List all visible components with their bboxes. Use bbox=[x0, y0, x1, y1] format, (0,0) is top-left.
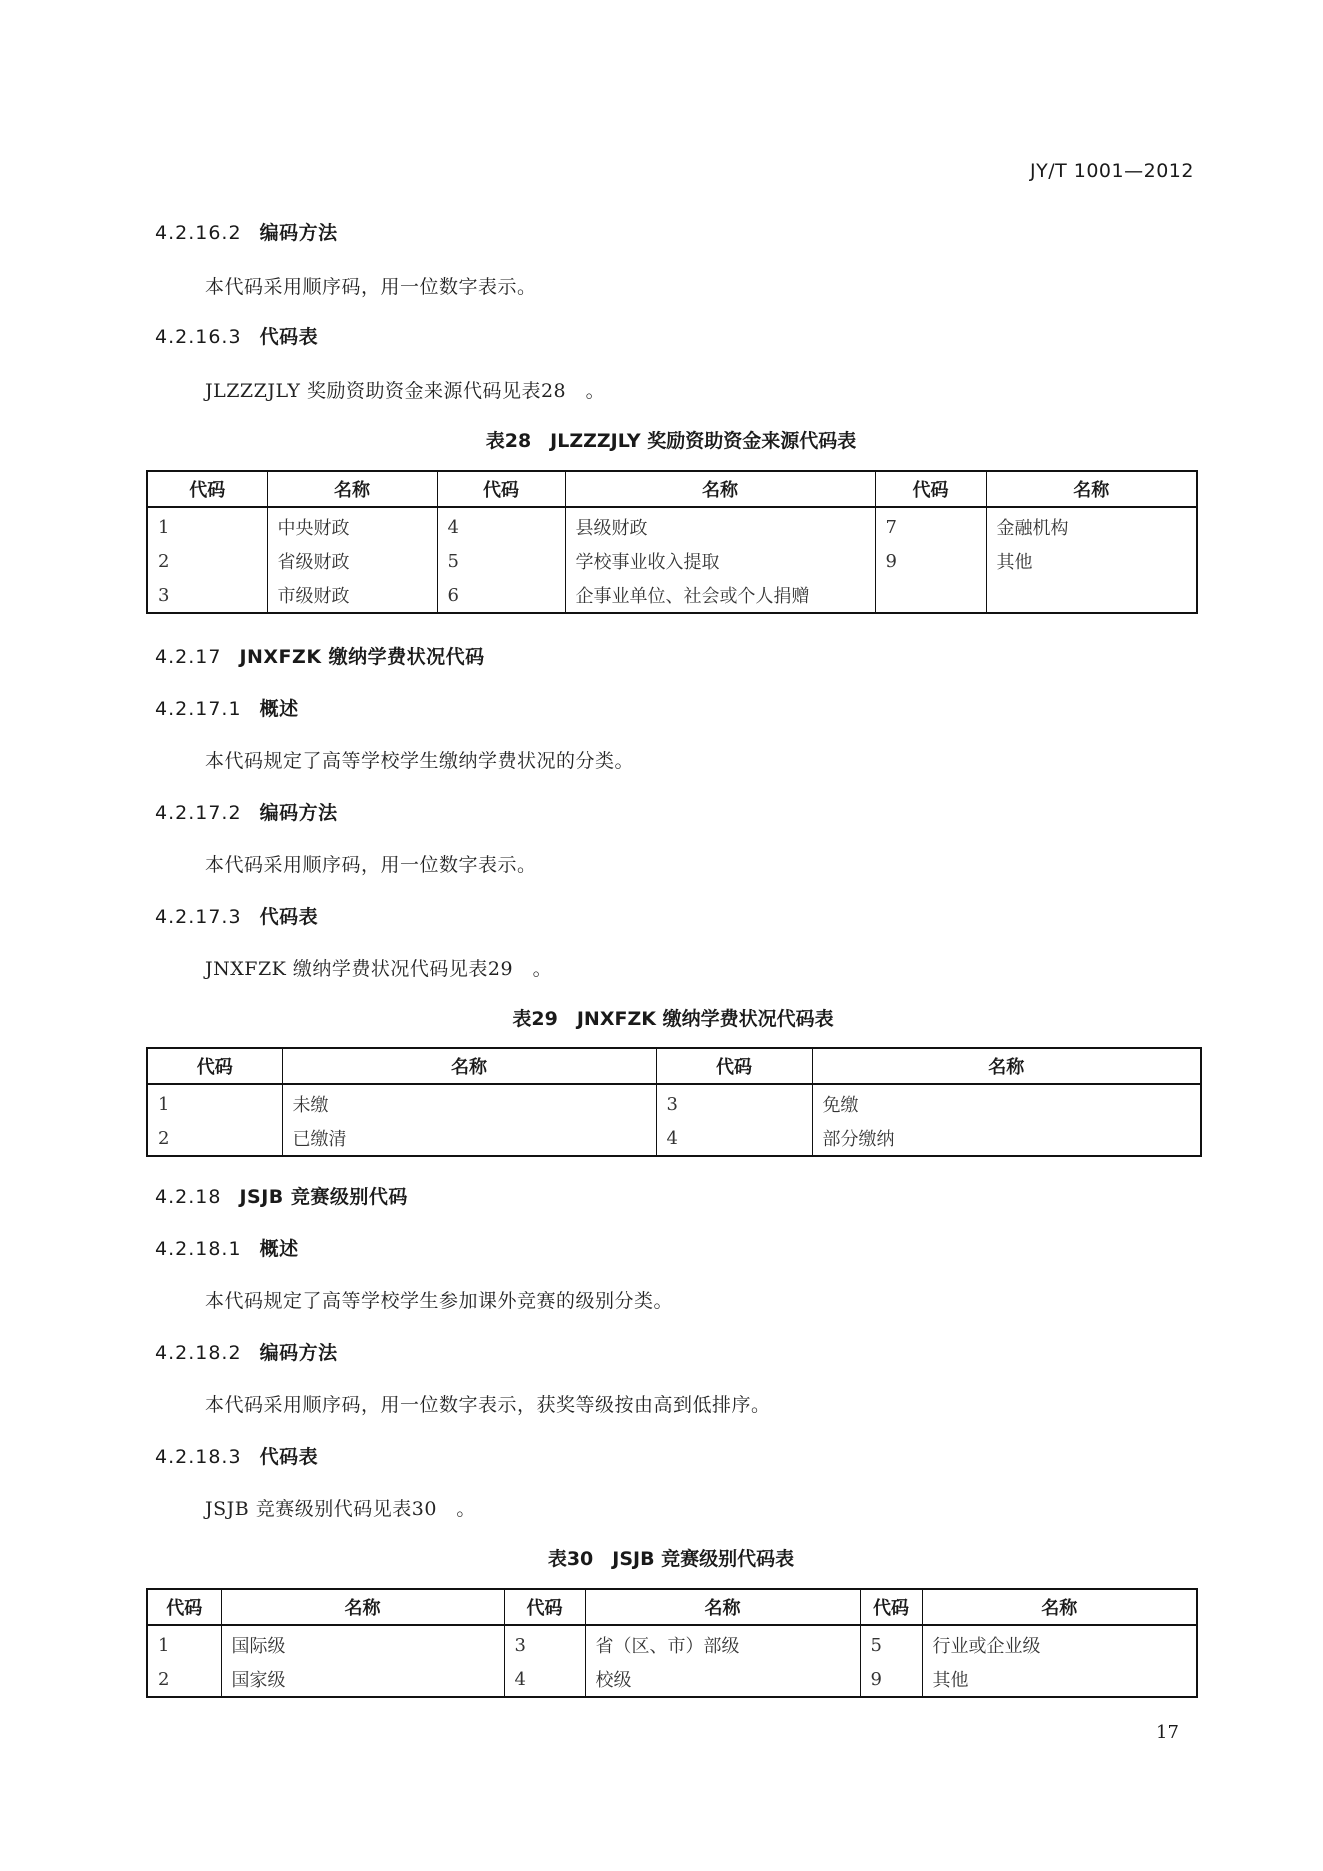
table-row: 1 未缴 3 免缴 bbox=[147, 1084, 1201, 1121]
column-header: 名称 bbox=[585, 1589, 860, 1625]
name-cell: 企事业单位、社会或个人捐赠 bbox=[565, 578, 875, 613]
column-header: 名称 bbox=[282, 1048, 656, 1084]
code-cell: 4 bbox=[437, 507, 565, 544]
section-title: JSJB 竞赛级别代码 bbox=[239, 1186, 407, 1208]
paragraph: JNXFZK 缴纳学费状况代码见表29 。 bbox=[205, 954, 552, 981]
section-heading: 4.2.16.2编码方法 bbox=[155, 218, 338, 245]
section-heading: 4.2.17.3代码表 bbox=[155, 902, 318, 929]
table-header-row: 代码 名称 代码 名称 代码 名称 bbox=[147, 471, 1197, 507]
section-number: 4.2.18.1 bbox=[155, 1238, 242, 1260]
code-cell: 5 bbox=[860, 1625, 922, 1662]
section-number: 4.2.17.3 bbox=[155, 906, 242, 928]
table-row: 2 国家级 4 校级 9 其他 bbox=[147, 1662, 1197, 1697]
section-number: 4.2.18 bbox=[155, 1186, 221, 1208]
table-caption: 表29 JNXFZK 缴纳学费状况代码表 bbox=[146, 1004, 1200, 1031]
name-cell: 金融机构 bbox=[986, 507, 1197, 544]
table-header-row: 代码 名称 代码 名称 代码 名称 bbox=[147, 1589, 1197, 1625]
column-header: 代码 bbox=[875, 471, 986, 507]
standard-code: JY/T 1001—2012 bbox=[1030, 160, 1194, 182]
code-cell: 1 bbox=[147, 507, 267, 544]
name-cell: 省级财政 bbox=[267, 544, 437, 578]
code-cell: 5 bbox=[437, 544, 565, 578]
name-cell: 县级财政 bbox=[565, 507, 875, 544]
column-header: 代码 bbox=[860, 1589, 922, 1625]
table-row: 1 国际级 3 省（区、市）部级 5 行业或企业级 bbox=[147, 1625, 1197, 1662]
name-cell: 其他 bbox=[986, 544, 1197, 578]
code-table-30: 代码 名称 代码 名称 代码 名称 1 国际级 3 省（区、市）部级 5 行业或… bbox=[146, 1588, 1198, 1698]
section-number: 4.2.18.3 bbox=[155, 1446, 242, 1468]
name-cell: 免缴 bbox=[812, 1084, 1201, 1121]
column-header: 名称 bbox=[267, 471, 437, 507]
section-title: 代码表 bbox=[260, 1446, 319, 1468]
name-cell: 国家级 bbox=[221, 1662, 504, 1697]
column-header: 名称 bbox=[986, 471, 1197, 507]
table-row: 2 省级财政 5 学校事业收入提取 9 其他 bbox=[147, 544, 1197, 578]
section-title: 编码方法 bbox=[260, 802, 338, 824]
section-title: 编码方法 bbox=[260, 222, 338, 244]
column-header: 名称 bbox=[922, 1589, 1197, 1625]
column-header: 代码 bbox=[437, 471, 565, 507]
name-cell bbox=[986, 578, 1197, 613]
paragraph: 本代码规定了高等学校学生参加课外竞赛的级别分类。 bbox=[205, 1286, 673, 1313]
section-title: 概述 bbox=[260, 698, 299, 720]
column-header: 名称 bbox=[565, 471, 875, 507]
code-cell: 4 bbox=[504, 1662, 585, 1697]
section-heading: 4.2.18.3代码表 bbox=[155, 1442, 318, 1469]
name-cell: 国际级 bbox=[221, 1625, 504, 1662]
paragraph: 本代码采用顺序码，用一位数字表示。 bbox=[205, 272, 537, 299]
section-heading: 4.2.18JSJB 竞赛级别代码 bbox=[155, 1182, 408, 1209]
name-cell: 其他 bbox=[922, 1662, 1197, 1697]
code-cell: 3 bbox=[504, 1625, 585, 1662]
table-row: 3 市级财政 6 企事业单位、社会或个人捐赠 bbox=[147, 578, 1197, 613]
table-row: 2 已缴清 4 部分缴纳 bbox=[147, 1121, 1201, 1156]
name-cell: 已缴清 bbox=[282, 1121, 656, 1156]
section-title: JNXFZK 缴纳学费状况代码 bbox=[239, 646, 484, 668]
code-cell: 2 bbox=[147, 1121, 282, 1156]
section-title: 概述 bbox=[260, 1238, 299, 1260]
section-heading: 4.2.18.2编码方法 bbox=[155, 1338, 338, 1365]
section-number: 4.2.17.1 bbox=[155, 698, 242, 720]
table-caption: 表30 JSJB 竞赛级别代码表 bbox=[146, 1544, 1196, 1571]
name-cell: 市级财政 bbox=[267, 578, 437, 613]
column-header: 代码 bbox=[504, 1589, 585, 1625]
column-header: 代码 bbox=[656, 1048, 812, 1084]
section-number: 4.2.17 bbox=[155, 646, 221, 668]
code-cell: 7 bbox=[875, 507, 986, 544]
paragraph: 本代码规定了高等学校学生缴纳学费状况的分类。 bbox=[205, 746, 634, 773]
column-header: 代码 bbox=[147, 471, 267, 507]
column-header: 名称 bbox=[812, 1048, 1201, 1084]
code-cell: 1 bbox=[147, 1625, 221, 1662]
section-title: 代码表 bbox=[260, 326, 319, 348]
code-cell: 2 bbox=[147, 1662, 221, 1697]
code-table-29: 代码 名称 代码 名称 1 未缴 3 免缴 2 已缴清 4 部分缴纳 bbox=[146, 1047, 1202, 1157]
code-cell: 2 bbox=[147, 544, 267, 578]
code-table-28: 代码 名称 代码 名称 代码 名称 1 中央财政 4 县级财政 7 金融机构 2… bbox=[146, 470, 1198, 614]
table-row: 1 中央财政 4 县级财政 7 金融机构 bbox=[147, 507, 1197, 544]
section-number: 4.2.16.2 bbox=[155, 222, 242, 244]
code-cell: 4 bbox=[656, 1121, 812, 1156]
section-heading: 4.2.17.1概述 bbox=[155, 694, 299, 721]
section-title: 编码方法 bbox=[260, 1342, 338, 1364]
table-caption: 表28 JLZZZJLY 奖励资助资金来源代码表 bbox=[146, 426, 1196, 453]
code-cell: 9 bbox=[860, 1662, 922, 1697]
code-cell: 1 bbox=[147, 1084, 282, 1121]
paragraph: 本代码采用顺序码，用一位数字表示。 bbox=[205, 850, 537, 877]
table-header-row: 代码 名称 代码 名称 bbox=[147, 1048, 1201, 1084]
code-cell: 9 bbox=[875, 544, 986, 578]
name-cell: 行业或企业级 bbox=[922, 1625, 1197, 1662]
page-number: 17 bbox=[1156, 1722, 1179, 1743]
paragraph: 本代码采用顺序码，用一位数字表示，获奖等级按由高到低排序。 bbox=[205, 1390, 771, 1417]
code-cell: 3 bbox=[147, 578, 267, 613]
name-cell: 省（区、市）部级 bbox=[585, 1625, 860, 1662]
paragraph: JLZZZJLY 奖励资助资金来源代码见表28 。 bbox=[205, 376, 605, 403]
code-cell: 3 bbox=[656, 1084, 812, 1121]
name-cell: 部分缴纳 bbox=[812, 1121, 1201, 1156]
section-title: 代码表 bbox=[260, 906, 319, 928]
column-header: 代码 bbox=[147, 1048, 282, 1084]
section-heading: 4.2.16.3代码表 bbox=[155, 322, 318, 349]
name-cell: 学校事业收入提取 bbox=[565, 544, 875, 578]
code-cell: 6 bbox=[437, 578, 565, 613]
column-header: 代码 bbox=[147, 1589, 221, 1625]
name-cell: 未缴 bbox=[282, 1084, 656, 1121]
section-heading: 4.2.17.2编码方法 bbox=[155, 798, 338, 825]
name-cell: 校级 bbox=[585, 1662, 860, 1697]
section-heading: 4.2.18.1概述 bbox=[155, 1234, 299, 1261]
section-number: 4.2.16.3 bbox=[155, 326, 242, 348]
name-cell: 中央财政 bbox=[267, 507, 437, 544]
section-number: 4.2.17.2 bbox=[155, 802, 242, 824]
column-header: 名称 bbox=[221, 1589, 504, 1625]
section-heading: 4.2.17JNXFZK 缴纳学费状况代码 bbox=[155, 642, 485, 669]
section-number: 4.2.18.2 bbox=[155, 1342, 242, 1364]
code-cell bbox=[875, 578, 986, 613]
paragraph: JSJB 竞赛级别代码见表30 。 bbox=[205, 1494, 476, 1521]
